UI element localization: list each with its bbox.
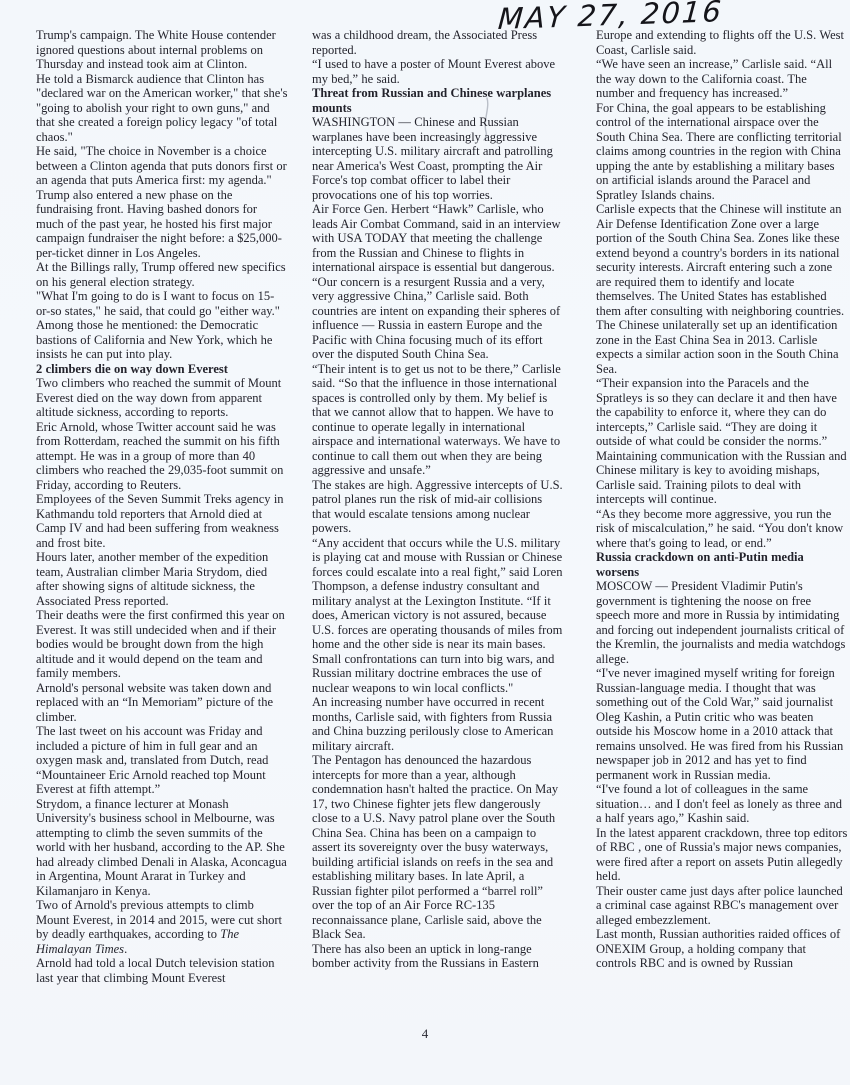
article-paragraph: “We have seen an increase,” Carlisle sai… (596, 57, 848, 101)
article-paragraph: “As they become more aggressive, you run… (596, 507, 848, 551)
article-paragraph: He said, "The choice in November is a ch… (36, 144, 288, 188)
article-paragraph: Arnold had told a local Dutch television… (36, 956, 288, 985)
article-paragraph: At the Billings rally, Trump offered new… (36, 260, 288, 289)
article-paragraph: The stakes are high. Aggressive intercep… (312, 478, 564, 536)
article-paragraph: was a childhood dream, the Associated Pr… (312, 28, 564, 57)
scanned-page: MAY 27, 2016 Trump's campaign. The White… (0, 0, 850, 1085)
article-paragraph: Trump also entered a new phase on the fu… (36, 188, 288, 261)
article-paragraph: Employees of the Seven Summit Treks agen… (36, 492, 288, 550)
article-heading: Russia crackdown on anti-Putin media wor… (596, 550, 848, 579)
article-paragraph: “I've never imagined myself writing for … (596, 666, 848, 782)
article-paragraph: The Pentagon has denounced the hazardous… (312, 753, 564, 942)
article-paragraph: Their deaths were the first confirmed th… (36, 608, 288, 681)
article-heading: 2 climbers die on way down Everest (36, 362, 288, 377)
article-paragraph: Among those he mentioned: the Democratic… (36, 318, 288, 362)
article-paragraph: Carlisle expects that the Chinese will i… (596, 202, 848, 318)
article-paragraph: Air Force Gen. Herbert “Hawk” Carlisle, … (312, 202, 564, 275)
article-paragraph: Two climbers who reached the summit of M… (36, 376, 288, 420)
article-paragraph: He told a Bismarck audience that Clinton… (36, 72, 288, 145)
article-paragraph: “Any accident that occurs while the U.S.… (312, 536, 564, 696)
article-paragraph: Last month, Russian authorities raided o… (596, 927, 848, 971)
article-column-right: Europe and extending to flights off the … (596, 28, 848, 971)
article-paragraph: In the latest apparent crackdown, three … (596, 826, 848, 884)
article-paragraph: Maintaining communication with the Russi… (596, 449, 848, 507)
article-paragraph: “Their expansion into the Paracels and t… (596, 376, 848, 449)
article-paragraph: For China, the goal appears to be establ… (596, 101, 848, 203)
article-paragraph: “I've found a lot of colleagues in the s… (596, 782, 848, 826)
article-paragraph: There has also been an uptick in long-ra… (312, 942, 564, 971)
article-paragraph: MOSCOW — President Vladimir Putin's gove… (596, 579, 848, 666)
article-paragraph: Hours later, another member of the exped… (36, 550, 288, 608)
article-column-middle: was a childhood dream, the Associated Pr… (312, 28, 564, 971)
article-paragraph: Eric Arnold, whose Twitter account said … (36, 420, 288, 493)
article-paragraph: Their ouster came just days after police… (596, 884, 848, 928)
article-paragraph: Arnold's personal website was taken down… (36, 681, 288, 725)
article-paragraph: The Chinese unilaterally set up an ident… (596, 318, 848, 376)
article-paragraph: “Our concern is a resurgent Russia and a… (312, 275, 564, 362)
article-paragraph: “I used to have a poster of Mount Everes… (312, 57, 564, 86)
article-paragraph: Trump's campaign. The White House conten… (36, 28, 288, 72)
article-paragraph: An increasing number have occurred in re… (312, 695, 564, 753)
article-paragraph: Strydom, a finance lecturer at Monash Un… (36, 797, 288, 899)
article-column-left: Trump's campaign. The White House conten… (36, 28, 288, 985)
article-paragraph: The last tweet on his account was Friday… (36, 724, 288, 797)
article-paragraph: Europe and extending to flights off the … (596, 28, 848, 57)
article-paragraph: “Their intent is to get us not to be the… (312, 362, 564, 478)
article-paragraph: Two of Arnold's previous attempts to cli… (36, 898, 288, 956)
article-paragraph: WASHINGTON — Chinese and Russian warplan… (312, 115, 564, 202)
article-heading: Threat from Russian and Chinese warplane… (312, 86, 564, 115)
page-number: 4 (0, 1026, 850, 1042)
article-paragraph: "What I'm going to do is I want to focus… (36, 289, 288, 318)
